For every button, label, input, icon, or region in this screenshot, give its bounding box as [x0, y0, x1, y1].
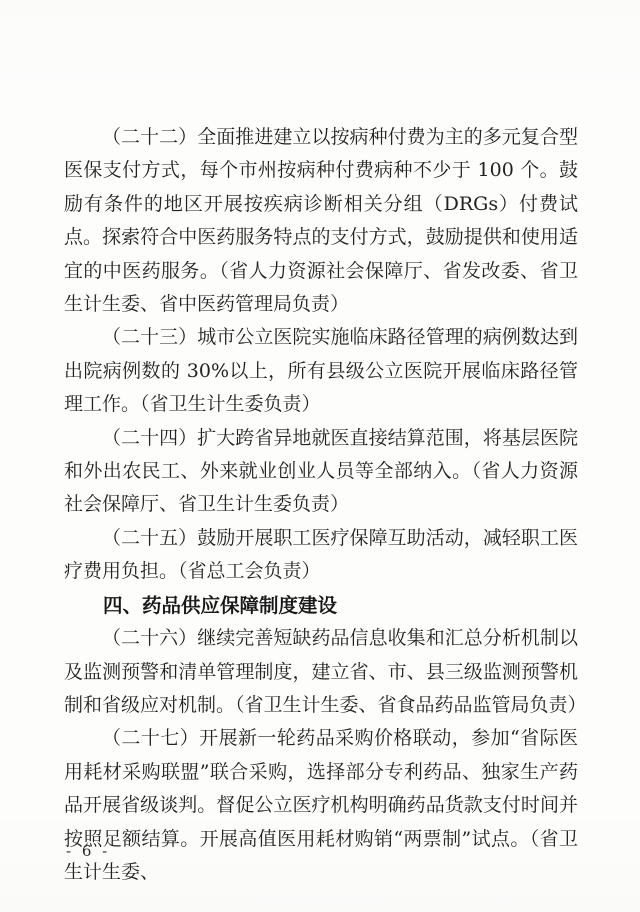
- paragraph-item-25: （二十五）鼓励开展职工医疗保障互助活动，减轻职工医疗费用负担。（省总工会负责）: [64, 522, 578, 589]
- paragraph-item-24: （二十四）扩大跨省异地就医直接结算范围，将基层医院和外出农民工、外来就业创业人员…: [64, 422, 578, 522]
- page-number: - 6 -: [66, 841, 110, 861]
- paragraph-item-27: （二十七）开展新一轮药品采购价格联动，参加“省际医用耗材采购联盟”联合采购，选择…: [64, 722, 578, 889]
- document-body: （二十二）全面推进建立以按病种付费为主的多元复合型医保支付方式，每个市州按病种付…: [64, 121, 578, 889]
- section-heading-drug-supply: 四、药品供应保障制度建设: [64, 589, 578, 622]
- paragraph-item-23: （二十三）城市公立医院实施临床路径管理的病例数达到出院病例数的 30%以上，所有…: [64, 321, 578, 421]
- document-page: （二十二）全面推进建立以按病种付费为主的多元复合型医保支付方式，每个市州按病种付…: [0, 0, 640, 912]
- paragraph-item-26: （二十六）继续完善短缺药品信息收集和汇总分析机制以及监测预警和清单管理制度，建立…: [64, 622, 578, 722]
- paragraph-item-22: （二十二）全面推进建立以按病种付费为主的多元复合型医保支付方式，每个市州按病种付…: [64, 121, 578, 321]
